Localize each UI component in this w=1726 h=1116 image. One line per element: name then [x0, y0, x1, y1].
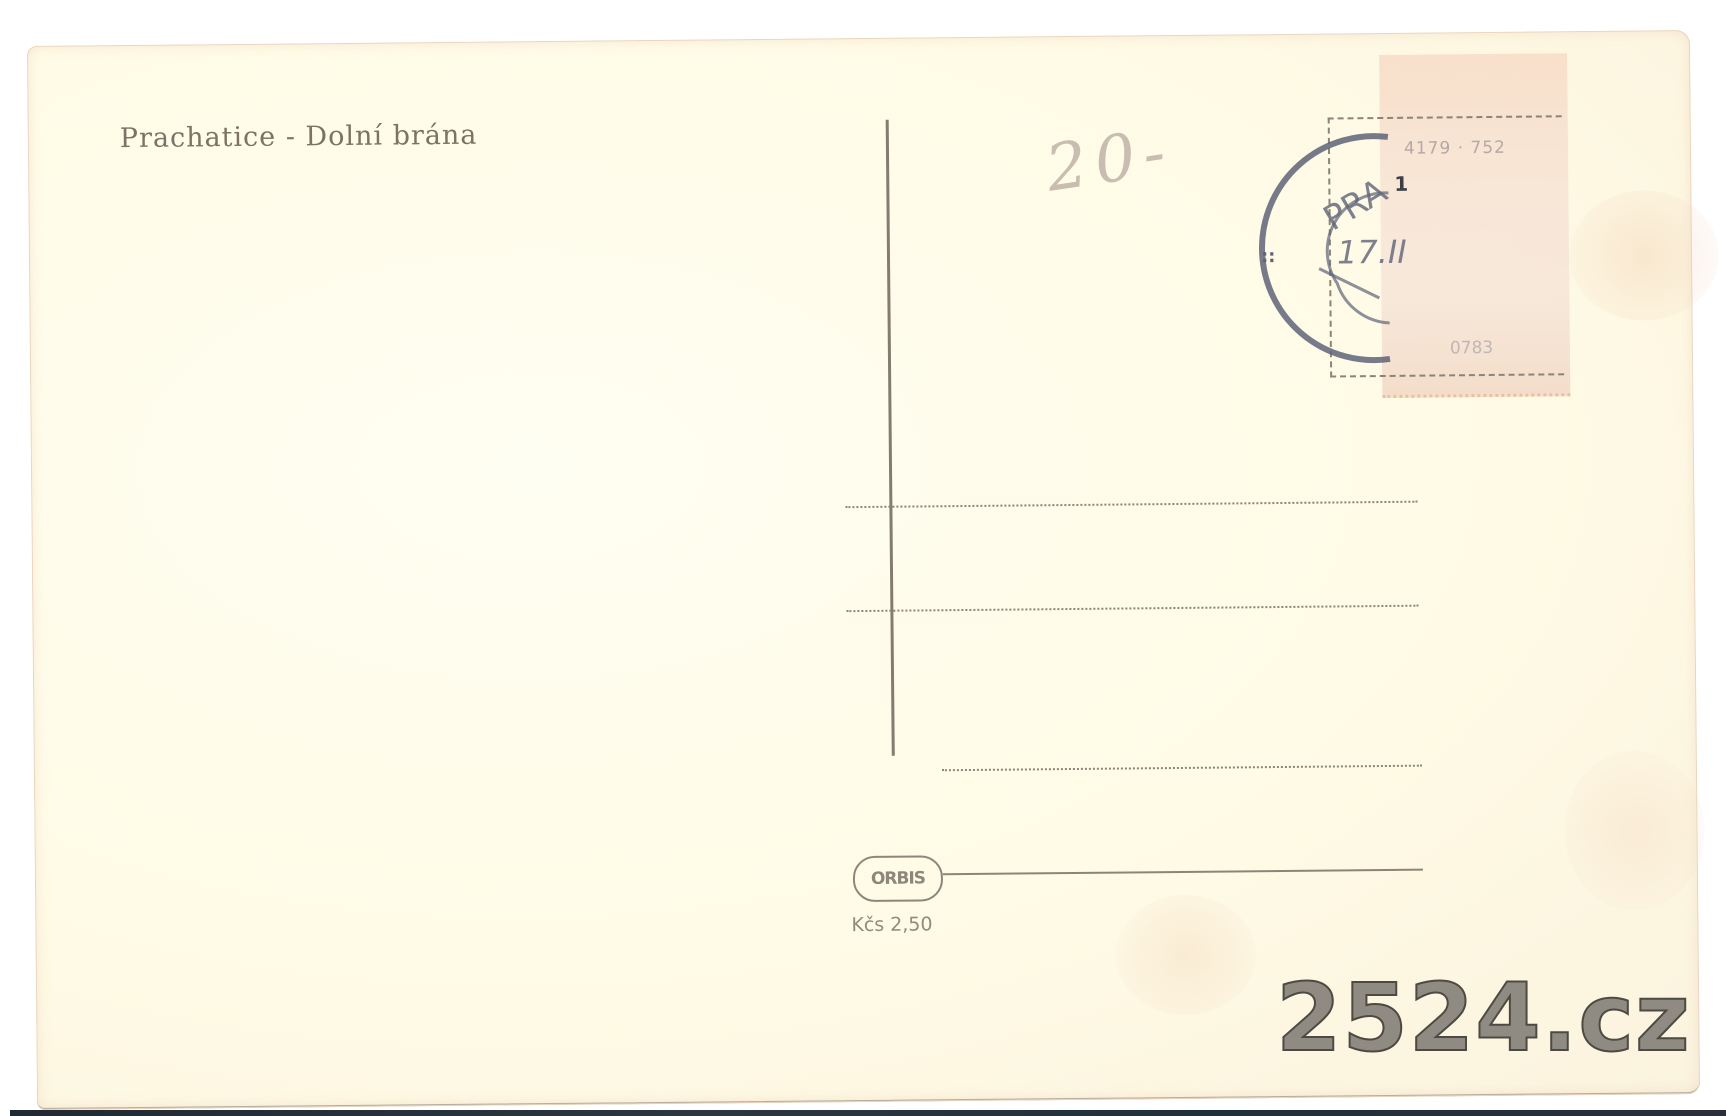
address-line-1	[845, 501, 1417, 508]
site-watermark: 2524.cz	[1276, 972, 1691, 1066]
svg-text:1: 1	[1394, 172, 1408, 196]
postcard-back: Prachatice - Dolní brána 20- 4179 · 752 …	[27, 30, 1700, 1110]
stain	[1115, 894, 1256, 1015]
price-label: Kčs 2,50	[851, 913, 932, 936]
postcard-title: Prachatice - Dolní brána	[120, 120, 478, 154]
address-line-3	[942, 765, 1422, 772]
vertical-divider	[886, 120, 895, 756]
address-line-4	[943, 869, 1423, 876]
handwritten-note: 20-	[1041, 115, 1178, 207]
svg-text:17.II: 17.II	[1337, 233, 1407, 272]
svg-text:PRA: PRA	[1317, 171, 1394, 239]
next-image-edge	[10, 1110, 1726, 1116]
address-line-2	[846, 605, 1418, 612]
stain	[1564, 750, 1706, 911]
svg-text:::: ::	[1261, 246, 1276, 267]
stain	[1568, 190, 1719, 321]
publisher-logo: ORBIS	[853, 855, 943, 902]
postmark-icon: PRA 1 17.II ::	[1238, 122, 1490, 374]
